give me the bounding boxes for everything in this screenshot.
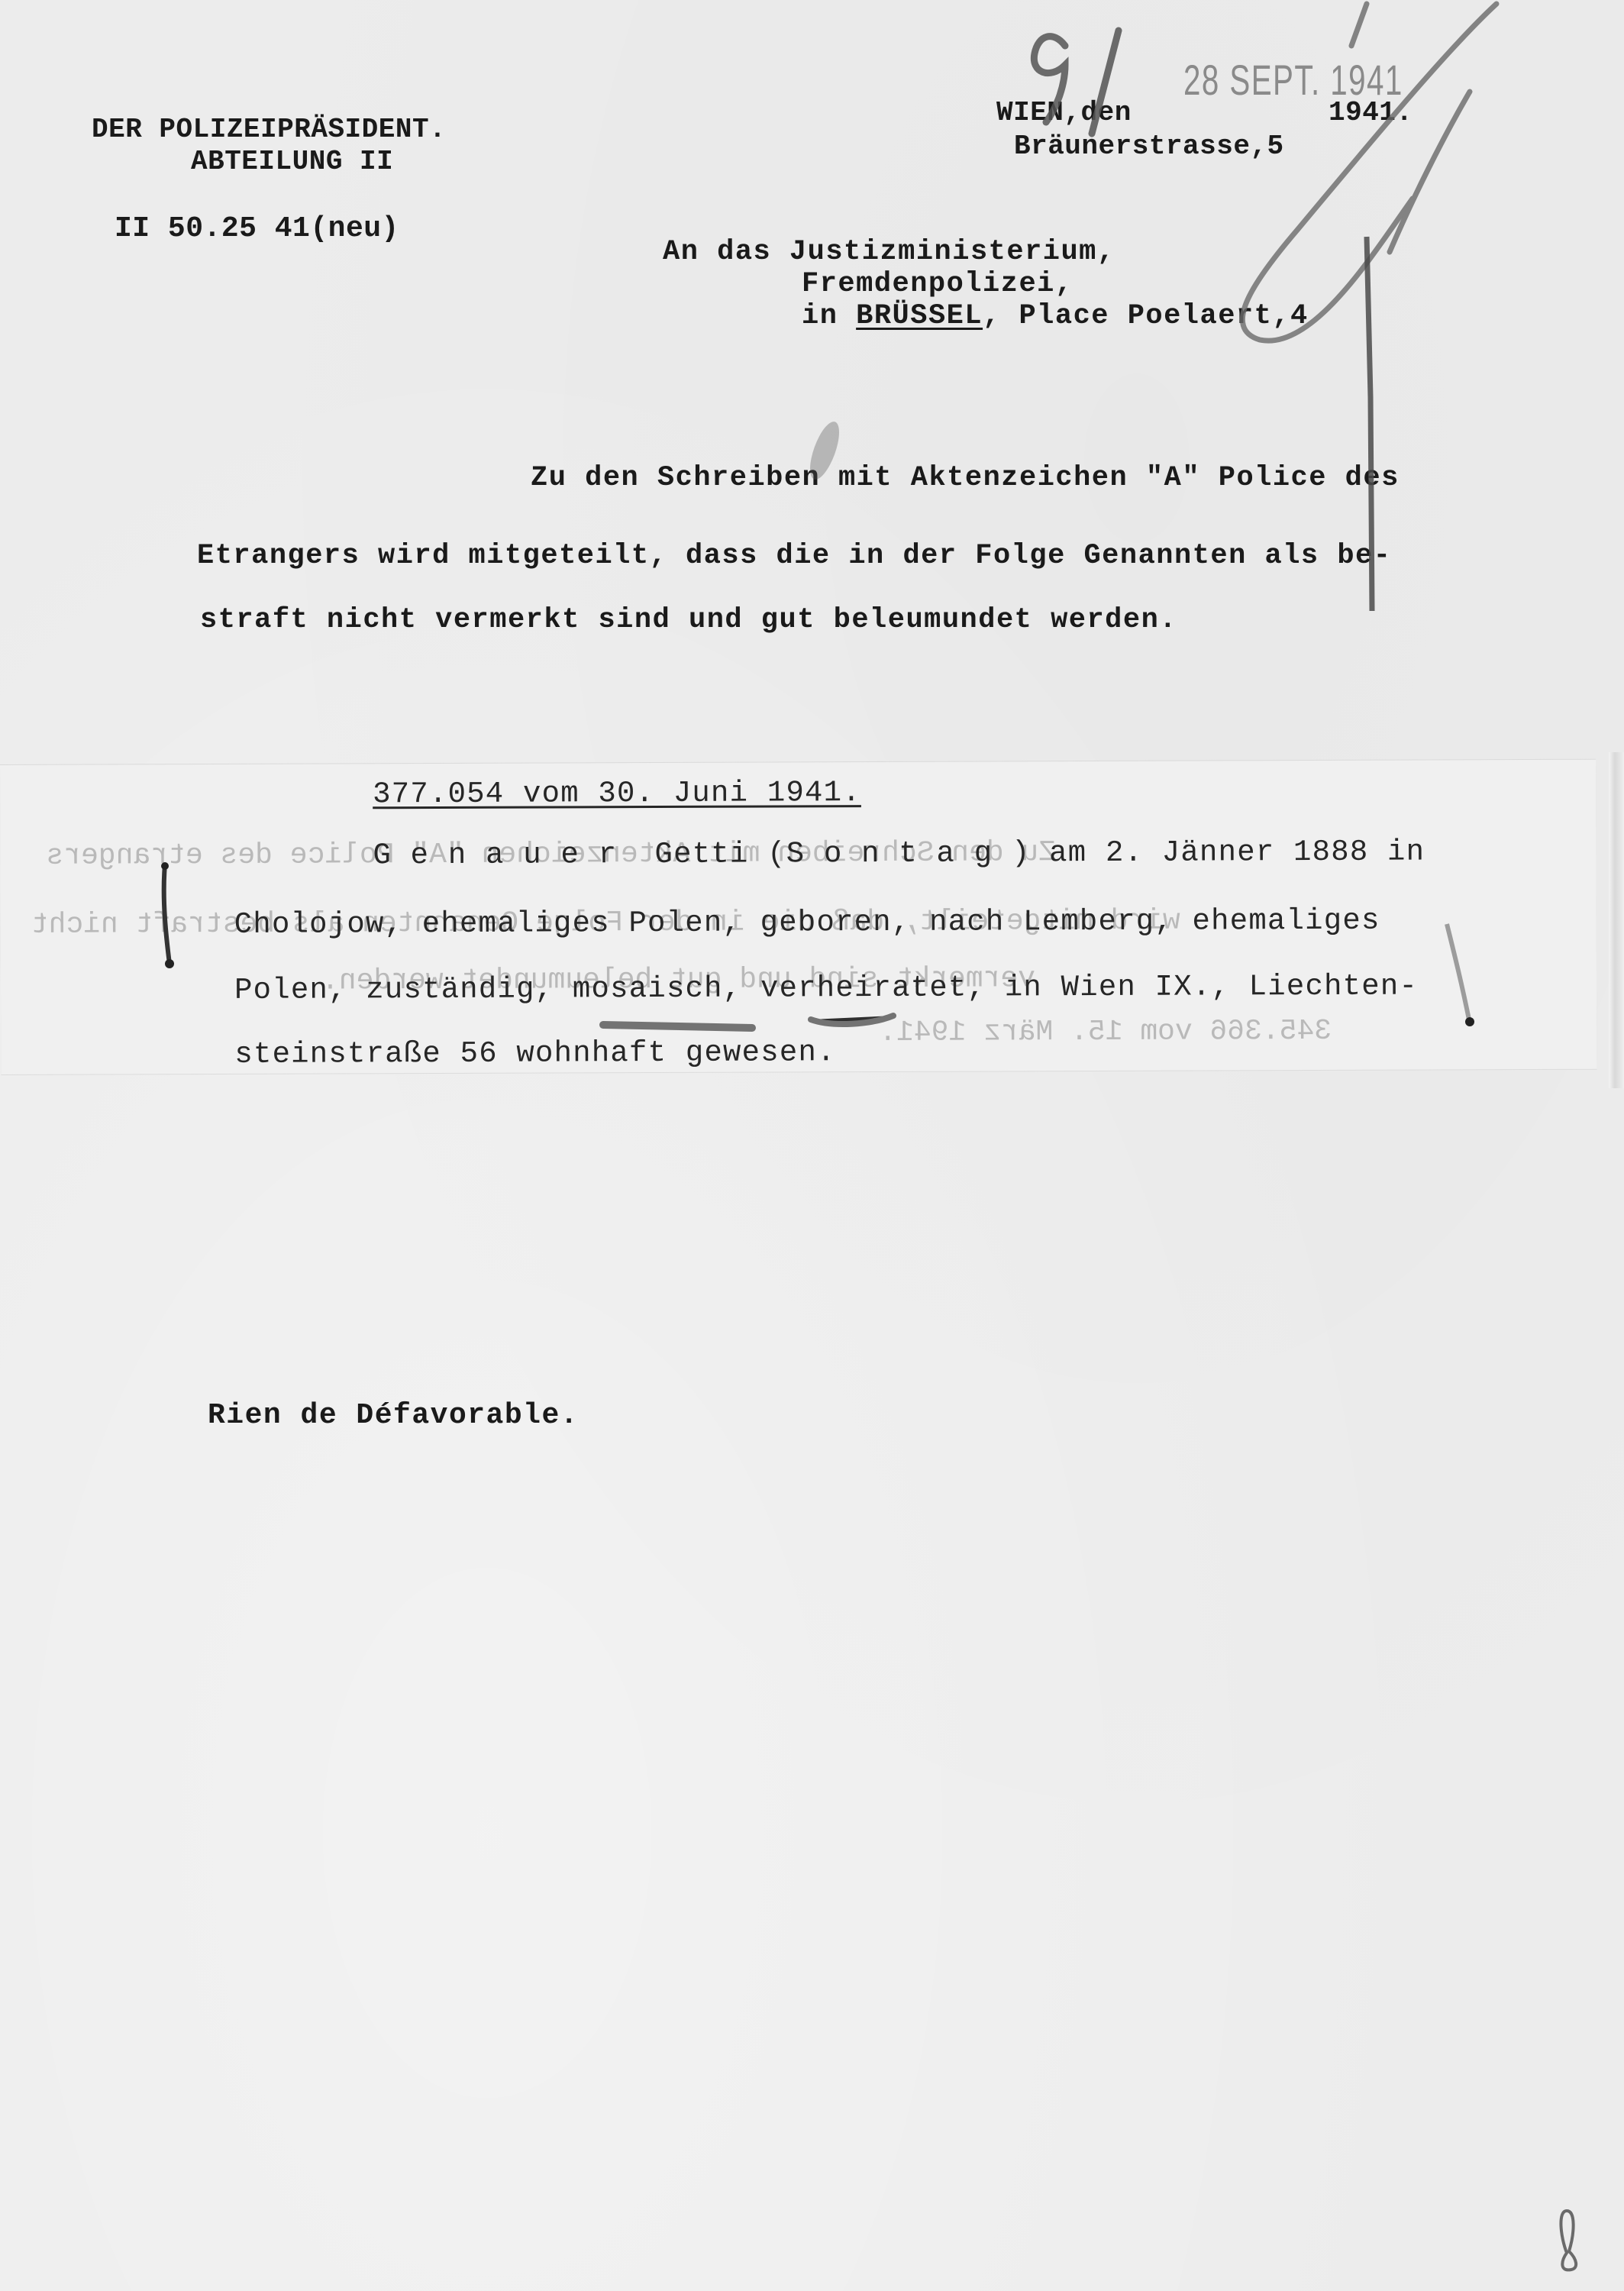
body-line-3: straft nicht vermerkt sind und gut beleu… xyxy=(200,605,1177,635)
letterhead-reference: II 50.25 41(neu) xyxy=(115,214,399,244)
street-address: Bräunerstrasse,5 xyxy=(1014,131,1284,162)
strip-line-2: Cholojow, ehemaliges Polen, geboren, nac… xyxy=(234,906,1380,940)
recipient-city: BRÜSSEL xyxy=(856,300,983,332)
recipient-line-1: An das Justizministerium, xyxy=(663,237,1115,267)
recipient-line-3: in BRÜSSEL, Place Poelaert,4 xyxy=(802,301,1309,331)
place-line: WIEN,den xyxy=(996,98,1132,128)
strip-line-4: steinstraße 56 wohnhaft gewesen. xyxy=(234,1037,835,1070)
strip-file-reference: 377.054 vom 30. Juni 1941. xyxy=(373,777,861,809)
document-page xyxy=(0,0,1624,2291)
strip-line-3: Polen, zuständig, mosaisch, verheiratet,… xyxy=(234,971,1418,1006)
strip-edge-shadow xyxy=(1609,752,1624,1088)
received-date-stamp: 28 SEPT. 1941 xyxy=(1183,55,1403,105)
body-line-2: Etrangers wird mitgeteilt, dass die in d… xyxy=(197,541,1391,571)
strip-line-1: G e n a u e r Getti (S o n t a g ) am 2.… xyxy=(373,836,1425,871)
recipient-line-2: Fremdenpolizei, xyxy=(802,269,1074,299)
pasted-record-strip: Zu den Schreiben mit Aktenzeichen "A" Po… xyxy=(0,760,1597,1074)
body-line-1: Zu den Schreiben mit Aktenzeichen "A" Po… xyxy=(531,463,1400,493)
letterhead-department: ABTEILUNG II xyxy=(191,147,393,177)
verdict-text: Rien de Défavorable. xyxy=(208,1401,579,1431)
letterhead-authority: DER POLIZEIPRÄSIDENT. xyxy=(92,115,446,145)
showthrough-line-4: 345.366 vom 15. März 1941. xyxy=(879,1016,1332,1049)
